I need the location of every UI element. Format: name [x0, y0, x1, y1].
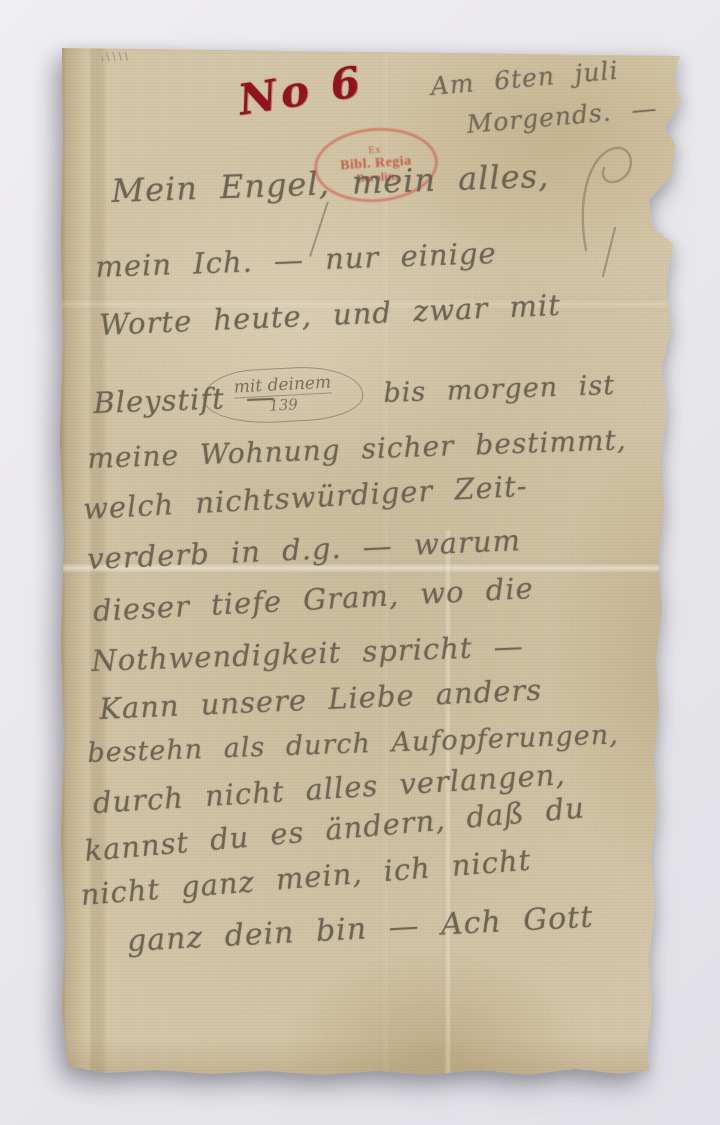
letter-page: No 6 Ex Bibl. Regia Berolin. Am 6ten jul…	[60, 30, 685, 1080]
paper-sheet: No 6 Ex Bibl. Regia Berolin. Am 6ten jul…	[60, 30, 685, 1080]
faint-corner-mark	[102, 52, 130, 61]
letter-line: meine Wohnung sicher bestimmt,	[87, 423, 627, 475]
letter-line: Worte heute, und zwar mit	[99, 288, 562, 342]
letter-line: dieser tiefe Gram, wo die	[92, 571, 534, 628]
letter-line: Nothwendigkeit spricht —	[91, 629, 524, 678]
archival-number: No 6	[235, 56, 367, 124]
date-line-1: Am 6ten juli	[429, 56, 619, 101]
insertion-text: mit deinem	[233, 374, 331, 398]
date-line-2: Morgends. —	[465, 93, 658, 139]
folio-number: 139	[269, 395, 299, 414]
letter-line: ganz dein bin — Ach Gott	[126, 900, 594, 959]
letter-line: mein Ich. — nur einige	[95, 236, 497, 284]
letter-line: Mein Engel, mein alles,	[111, 157, 550, 210]
pen-flourish	[572, 138, 642, 258]
manuscript-photo: No 6 Ex Bibl. Regia Berolin. Am 6ten jul…	[0, 0, 720, 1125]
insertion-bubble: mit deinem 139	[202, 364, 365, 426]
letter-line: welch nichtswürdiger Zeit-	[82, 469, 528, 526]
letter-line-right: bis morgen ist	[383, 370, 616, 409]
letter-line: Kann unsere Liebe anders	[99, 673, 543, 726]
